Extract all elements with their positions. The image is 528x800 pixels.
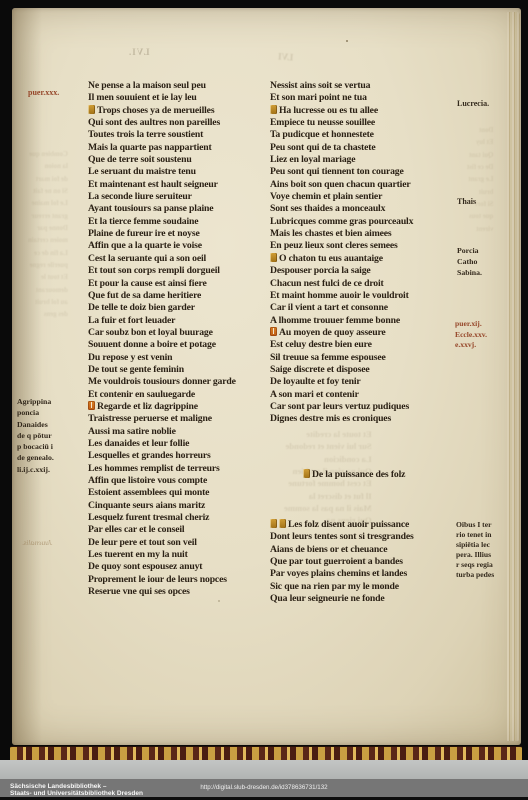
- text-line: Cinquante seurs aians maritz: [88, 500, 273, 512]
- text-line: Car soubz bon et loyal buurage: [88, 327, 273, 339]
- text-line: Eccle.xxv.: [455, 330, 487, 341]
- text-line: Ta pudicque et honnestete: [270, 129, 460, 141]
- text-line: puerile regne: [28, 261, 68, 273]
- text-line: De quoy sont espousez anuyt: [88, 561, 273, 573]
- text-line: La fin de ce: [28, 249, 68, 261]
- text-line: Le grant: [467, 175, 493, 187]
- text-line: virent: [467, 225, 493, 237]
- text-line: Souuent donne a boire et potage: [88, 339, 273, 351]
- text-line: Par elles car et le conseil: [88, 524, 273, 536]
- text-line: Et la tierce femme soudaine: [88, 216, 273, 228]
- text-line: Si on ne fait: [28, 187, 68, 199]
- text-line: de q pōtur: [17, 430, 54, 441]
- text-line: Aussi ma satire noblie: [88, 426, 273, 438]
- text-line: Et maintenant est hault seigneur: [88, 179, 273, 191]
- folio-number-bleedthrough: LVI.: [128, 47, 149, 57]
- text-line: Empiece tu neusse souillee: [270, 117, 460, 129]
- margin-note-references: puer.xij.Eccle.xxv.e.xxvj.: [455, 319, 487, 351]
- text-line: Est celuy destre bien eure: [270, 339, 460, 351]
- book-cradle-fabric: [0, 760, 528, 779]
- text-line: O chaton tu eus auantaige: [270, 253, 460, 265]
- text-line: demourant: [28, 286, 68, 298]
- text-line: Et maint homme auoir le vouldroit: [270, 290, 460, 302]
- text-line: Et tout son corps rempli dorgueil: [88, 265, 273, 277]
- library-name-line2: Staats- und Universitätsbibliothek Dresd…: [10, 790, 143, 797]
- text-line: Peu sont qui tiennent ton courage: [270, 166, 460, 178]
- text-line: Que fut de sa dame heritiere: [88, 290, 273, 302]
- text-line: Que de terre soit soustenu: [88, 154, 273, 166]
- text-line: Les danaides et leur follie: [88, 438, 273, 450]
- orange-lombard-mark-icon: [270, 327, 277, 336]
- text-line: Voye chemin et plain sentier: [270, 191, 460, 203]
- text-line: Ains boit son quen chacun quartier: [270, 179, 460, 191]
- text-line: En peuz lieux sont cleres semees: [270, 240, 460, 252]
- text-line: A son mari et contenir: [270, 389, 460, 401]
- text-line: De la puissance des folz: [303, 469, 473, 481]
- margin-note-thais: Thais: [457, 197, 476, 206]
- text-line: Trops choses ya de merueilles: [88, 105, 273, 117]
- margin-note-women: PorciaCathoSabina.: [457, 246, 482, 278]
- text-line: Aians de biens or et cheuance: [270, 544, 470, 556]
- text-column-right-lower: Les folz disent auoir puissanceDont leur…: [270, 519, 470, 605]
- gold-lombard-mark-icon: [270, 105, 277, 114]
- text-line: Et son mari point ne tua: [270, 92, 460, 104]
- text-line: Toutes trois la terre soustient: [88, 129, 273, 141]
- text-line: des gens: [28, 310, 68, 322]
- page-stack-edge: [507, 12, 520, 741]
- text-line: Traistresse peruerse et maligne: [88, 413, 273, 425]
- ink-speck: [346, 40, 348, 42]
- text-line: sipiētia lec: [456, 540, 494, 550]
- text-line: Et luy: [467, 138, 493, 150]
- ink-speck: [218, 600, 220, 602]
- text-line: Dont leurs tentes sont si tresgrandes: [270, 531, 470, 543]
- bleedthrough-text: Combien quela noionde foi martSi on ne f…: [28, 150, 68, 323]
- viewer-canvas: LVI. LVI Et toute la crediteSur lui vien…: [0, 0, 528, 800]
- text-line: e.xxvj.: [455, 340, 487, 351]
- text-line: Du repose y est venin: [88, 352, 273, 364]
- text-line: puer.xij.: [455, 319, 487, 330]
- text-line: Cest la seruante qui a son oeil: [88, 253, 273, 265]
- margin-note-left-top: puer.xxx.: [28, 88, 59, 97]
- gold-lombard-mark-icon: [279, 519, 286, 528]
- text-line: Et tout le: [28, 273, 68, 285]
- text-line: Me vouldrois tousiours donner garde: [88, 376, 273, 388]
- text-line: Lesquelz furent tresmal cheriz: [88, 512, 273, 524]
- text-line: p bocaciū i: [17, 441, 54, 452]
- text-line: Proprement le iour de leurs nopces: [88, 574, 273, 586]
- text-line: moien certain: [28, 236, 68, 248]
- text-line: Ha lucresse ou es tu allee: [270, 105, 460, 117]
- text-line: pera. Illius: [456, 550, 494, 560]
- text-line: Par voyes plains chemins et landes: [270, 568, 470, 580]
- margin-note-latin: Oibus I terrio tenet insipiētia lecpera.…: [456, 520, 494, 580]
- text-line: la noion: [28, 162, 68, 174]
- text-line: Combien que: [28, 150, 68, 162]
- text-line: rio tenet in: [456, 530, 494, 540]
- text-line: De telle te doiz bien garder: [88, 302, 273, 314]
- text-line: Dignes destre mis es croniques: [270, 413, 460, 425]
- text-line: Car sont par leurs vertuz pudiques: [270, 401, 460, 413]
- text-line: Et contenir en sauluegarde: [88, 389, 273, 401]
- text-line: Ayant tousiours sa panse plaine: [88, 203, 273, 215]
- text-line: Despouser porcia la saige: [270, 265, 460, 277]
- text-line: Ne pense a la maison seul peu: [88, 80, 273, 92]
- text-line: Et pour la cause est ainsi fiere: [88, 278, 273, 290]
- text-line: Sont ses thaides a monceaulx: [270, 203, 460, 215]
- text-line: Danaides: [17, 419, 54, 430]
- text-line: De loyaulte et foy tenir: [270, 376, 460, 388]
- text-line: turba pedes: [456, 570, 494, 580]
- text-line: Lubricques comme gras pourceaulx: [270, 216, 460, 228]
- text-line: Et toute la credite: [284, 428, 372, 440]
- text-line: Nessist ains soit se vertua: [270, 80, 460, 92]
- gold-lombard-mark-icon: [270, 253, 277, 262]
- text-line: Qua leur seigneurie ne fonde: [270, 593, 470, 605]
- text-line: Mais la quarte pas nappartient: [88, 142, 273, 154]
- text-line: r seqs regia: [456, 560, 494, 570]
- text-column-left: Ne pense a la maison seul peuIl men souu…: [88, 80, 273, 598]
- text-column-right: Nessist ains soit se vertuaEt son mari p…: [270, 80, 460, 426]
- text-line: Regarde et liz dagrippine: [88, 401, 273, 413]
- text-line: Au moyen de quoy asseure: [270, 327, 460, 339]
- text-line: Catho: [457, 257, 482, 268]
- margin-note-lucrecia: Lucrecia.: [457, 99, 489, 108]
- text-line: Estoient assemblees qui monte: [88, 487, 273, 499]
- margin-note-left-mid: AgrippinaponciaDanaidesde q pōturp bocac…: [17, 396, 54, 475]
- text-line: grant erreur: [28, 212, 68, 224]
- text-line: De ce fist: [467, 163, 493, 175]
- folio-mark-bleedthrough: LVI: [278, 51, 294, 62]
- text-line: de genealo.: [17, 452, 54, 463]
- gold-lombard-mark-icon: [303, 469, 310, 478]
- text-line: A lhomme trouuer femme bonne: [270, 315, 460, 327]
- margin-note-handwritten-bleedthrough: Juuenalis.: [22, 538, 52, 547]
- text-line: Donne par: [28, 224, 68, 236]
- text-line: Chacun nest fulci de ce droit: [270, 278, 460, 290]
- text-line: Affin que listoire vous compte: [88, 475, 273, 487]
- text-line: De leur pere et tout son veil: [88, 537, 273, 549]
- text-line: Les hommes remplist de terreurs: [88, 463, 273, 475]
- text-line: Mais il na pas la somme: [284, 502, 372, 514]
- text-line: Le seruant du maistre tenu: [88, 166, 273, 178]
- text-line: Oibus I ter: [456, 520, 494, 530]
- text-line: Dont: [467, 126, 493, 138]
- text-line: poncia: [17, 407, 54, 418]
- text-line: Les tuerent en my la nuit: [88, 549, 273, 561]
- document-url: http://digital.slub-dresden.de/id3786367…: [0, 784, 528, 791]
- text-line: de foi mart: [28, 175, 68, 187]
- text-line: Sil treuue sa femme espousee: [270, 352, 460, 364]
- text-line: Sic que na rien par my le monde: [270, 581, 470, 593]
- text-line: La fuir et fort leuader: [88, 315, 273, 327]
- text-line: Agrippina: [17, 396, 54, 407]
- text-line: Lesquelles et grandes horreurs: [88, 450, 273, 462]
- text-line: Sur lui vient et redonde: [284, 440, 372, 452]
- text-line: Qui tant: [467, 151, 493, 163]
- text-line: Qui sont des aultres non pareilles: [88, 117, 273, 129]
- text-line: Liez en loyal mariage: [270, 154, 460, 166]
- text-line: Sabina.: [457, 268, 482, 279]
- text-line: Porcia: [457, 246, 482, 257]
- text-line: Les folz disent auoir puissance: [270, 519, 470, 531]
- text-line: li.ij.c.xxij.: [17, 464, 54, 475]
- bleedthrough-text: DontEt luyQui tantDe ce fistLe grantbrui…: [467, 126, 493, 237]
- text-line: que tous: [467, 212, 493, 224]
- viewer-footer-bar: Sächsische Landesbibliothek – Staats- un…: [0, 779, 528, 800]
- text-line: La seconde liure seruiteur: [88, 191, 273, 203]
- text-line: Le fol maine: [28, 199, 68, 211]
- text-line: De tout se gente feminin: [88, 364, 273, 376]
- text-line: Affin que a la quarte ie voise: [88, 240, 273, 252]
- text-line: Peu sont qui de ta chastete: [270, 142, 460, 154]
- text-line: Mais les chastes et bien aimees: [270, 228, 460, 240]
- text-line: La condicion: [284, 453, 372, 465]
- text-line: Il fut et discret la: [284, 490, 372, 502]
- gold-lombard-mark-icon: [88, 105, 95, 114]
- text-line: Que par tout guerroient a bandes: [270, 556, 470, 568]
- orange-lombard-mark-icon: [88, 401, 95, 410]
- text-line: Reserue vne qui ses opces: [88, 586, 273, 598]
- text-line: Plaine de fureur ire et noyse: [88, 228, 273, 240]
- gold-lombard-mark-icon: [270, 519, 277, 528]
- text-line: Il men souuient et ie lay leu: [88, 92, 273, 104]
- text-line: au fol bruit: [28, 298, 68, 310]
- text-line: Car il vient a tart et consonne: [270, 302, 460, 314]
- text-line: Saige discrete et disposee: [270, 364, 460, 376]
- chapter-heading: De la puissance des folz: [303, 469, 473, 481]
